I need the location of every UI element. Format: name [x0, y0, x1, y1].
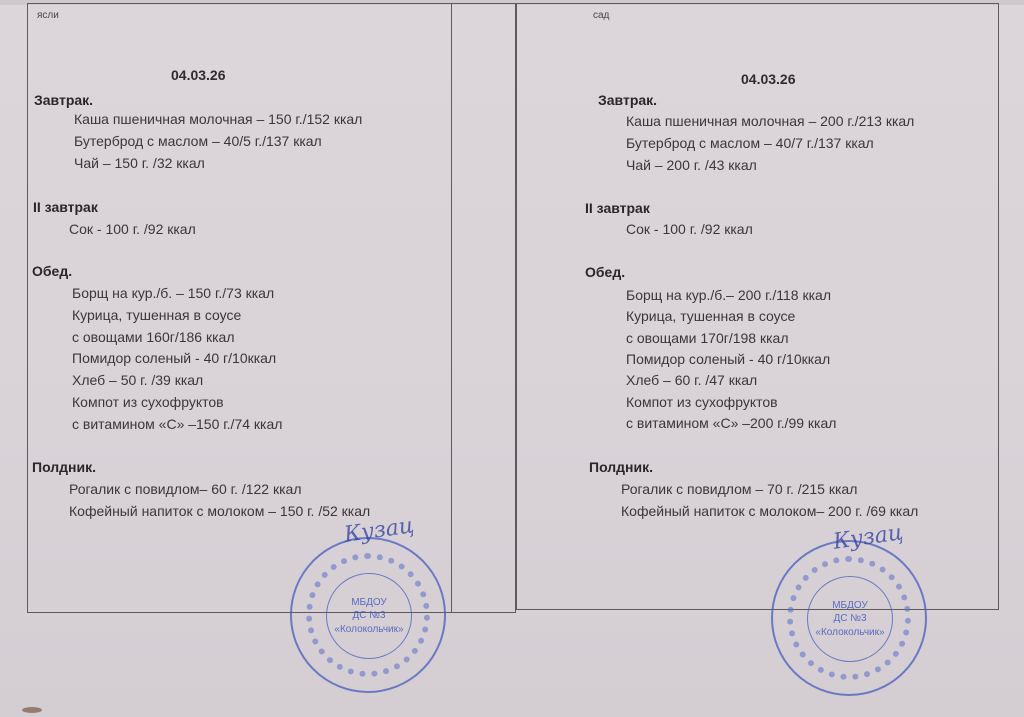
menu-item: Хлеб – 50 г. /39 ккал	[72, 372, 203, 388]
official-stamp: МБДОУ ДС №3 «Колокольчик»	[290, 537, 446, 693]
menu-date: 04.03.26	[171, 67, 226, 83]
menu-item: Чай – 150 г. /32 ккал	[74, 155, 205, 171]
menu-item: Каша пшеничная молочная – 200 г./213 кка…	[626, 113, 914, 129]
menu-item: с овощами 160г/186 ккал	[72, 329, 235, 345]
menu-item: Помидор соленый - 40 г/10ккал	[72, 350, 276, 366]
column-label: ясли	[37, 10, 59, 21]
menu-item: Борщ на кур./б.– 200 г./118 ккал	[626, 287, 831, 303]
stamp-center: МБДОУ ДС №3 «Колокольчик»	[807, 576, 893, 662]
menu-item: с овощами 170г/198 ккал	[626, 330, 789, 346]
menu-item: Чай – 200 г. /43 ккал	[626, 157, 757, 173]
menu-item: с витамином «С» –150 г./74 ккал	[72, 416, 282, 432]
section-title-breakfast: Завтрак.	[598, 92, 657, 108]
stamp-line: ДС №3	[833, 612, 866, 626]
menu-item: Бутерброд с маслом – 40/5 г./137 ккал	[74, 133, 322, 149]
menu-item: Компот из сухофруктов	[626, 394, 778, 410]
menu-item: Курица, тушенная в соусе	[626, 308, 795, 324]
section-title-second-breakfast: II завтрак	[33, 199, 98, 215]
menu-item: Рогалик с повидлом – 70 г. /215 ккал	[621, 481, 857, 497]
section-title-afternoon-snack: Полдник.	[32, 459, 96, 475]
section-title-second-breakfast: II завтрак	[585, 200, 650, 216]
menu-item: Сок - 100 г. /92 ккал	[69, 221, 196, 237]
menu-date: 04.03.26	[741, 71, 796, 87]
stamp-line: «Колокольчик»	[334, 623, 403, 637]
menu-item: Курица, тушенная в соусе	[72, 307, 241, 323]
menu-item: Хлеб – 60 г. /47 ккал	[626, 372, 757, 388]
stamp-line: ДС №3	[352, 609, 385, 623]
stamp-line: МБДОУ	[351, 596, 387, 610]
section-title-afternoon-snack: Полдник.	[589, 459, 653, 475]
column-label: сад	[593, 10, 609, 21]
section-title-breakfast: Завтрак.	[34, 92, 93, 108]
official-stamp: МБДОУ ДС №3 «Колокольчик»	[771, 540, 927, 696]
section-title-lunch: Обед.	[585, 264, 625, 280]
menu-item: Кофейный напиток с молоком– 200 г. /69 к…	[621, 503, 918, 519]
stamp-line: МБДОУ	[832, 599, 868, 613]
menu-item: Борщ на кур./б. – 150 г./73 ккал	[72, 285, 274, 301]
middle-gutter-frame	[452, 3, 516, 613]
stamp-line: «Колокольчик»	[815, 626, 884, 640]
menu-item: с витамином «С» –200 г./99 ккал	[626, 415, 836, 431]
section-title-lunch: Обед.	[32, 263, 72, 279]
stamp-center: МБДОУ ДС №3 «Колокольчик»	[326, 573, 412, 659]
menu-item: Сок - 100 г. /92 ккал	[626, 221, 753, 237]
menu-item: Помидор соленый - 40 г/10ккал	[626, 351, 830, 367]
menu-item: Рогалик с повидлом– 60 г. /122 ккал	[69, 481, 301, 497]
menu-item: Компот из сухофруктов	[72, 394, 224, 410]
menu-item: Кофейный напиток с молоком – 150 г. /52 …	[69, 503, 370, 519]
menu-item: Каша пшеничная молочная – 150 г./152 кка…	[74, 111, 362, 127]
menu-item: Бутерброд с маслом – 40/7 г./137 ккал	[626, 135, 874, 151]
paper-stain	[22, 707, 42, 713]
